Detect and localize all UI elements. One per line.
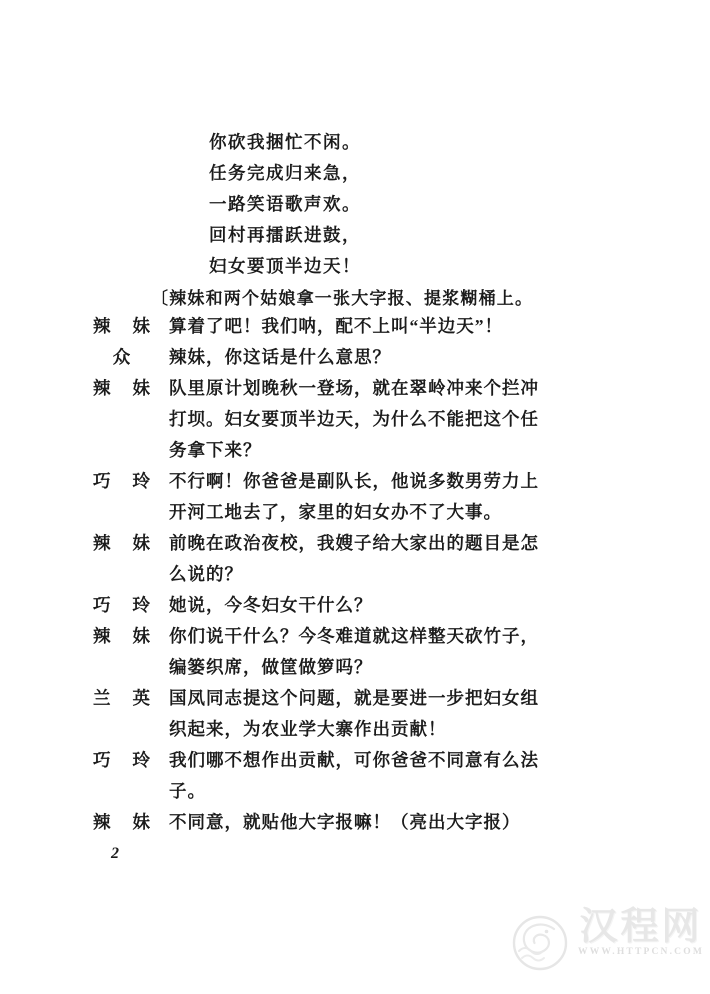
speaker-char: 巧 <box>93 745 111 776</box>
speaker-char: 妹 <box>133 311 151 342</box>
dialogue-text: 算着了吧！我们呐，配不上叫“半边天”！ <box>169 311 561 342</box>
speaker-char: 英 <box>133 683 151 714</box>
speaker-char: 妹 <box>133 528 151 559</box>
speaker-char: 玲 <box>133 745 151 776</box>
verse-block: 你砍我捆忙不闲。 任务完成归来急， 一路笑语歌声欢。 回村再擂跃进鼓， 妇女要顶… <box>209 127 361 282</box>
watermark-url: WWW.HTTPCN.COM <box>578 947 704 957</box>
dialogue-text: 辣妹，你这话是什么意思？ <box>169 342 561 373</box>
page-number: 2 <box>111 845 119 863</box>
dialogue-text: 你们说干什么？今冬难道就这样整天砍竹子， 编篓织席，做筐做箩吗？ <box>169 621 561 683</box>
dialogue-row: 辣 妹 不同意，就贴他大字报嘛！（亮出大字报） <box>93 807 561 838</box>
dialogue-text: 国凤同志提这个问题，就是要进一步把妇女组 织起来，为农业学大寨作出贡献！ <box>169 683 561 745</box>
dialogue-row: 兰 英 国凤同志提这个问题，就是要进一步把妇女组 织起来，为农业学大寨作出贡献！ <box>93 683 561 745</box>
verse-line: 妇女要顶半边天！ <box>209 251 361 282</box>
speaker-char: 辣 <box>93 807 111 838</box>
speaker-char: 辣 <box>93 311 111 342</box>
speaker-char: 玲 <box>133 590 151 621</box>
speaker-name: 辣 妹 <box>93 807 150 838</box>
watermark-text: 汉程网 WWW.HTTPCN.COM <box>578 909 704 957</box>
speaker-name: 辣 妹 <box>93 373 150 404</box>
speaker-name: 辣 妹 <box>93 311 150 342</box>
speaker-char: 辣 <box>93 373 111 404</box>
verse-line: 你砍我捆忙不闲。 <box>209 127 361 158</box>
speaker-name: 辣 妹 <box>93 621 150 652</box>
speaker-char: 妹 <box>133 621 151 652</box>
speaker-char: 巧 <box>93 590 111 621</box>
verse-line: 任务完成归来急， <box>209 158 361 189</box>
dialogue-row: 巧 玲 我们哪不想作出贡献，可你爸爸不同意有么法 子。 <box>93 745 561 807</box>
verse-line: 一路笑语歌声欢。 <box>209 189 361 220</box>
watermark: 汉程网 WWW.HTTPCN.COM <box>510 909 704 980</box>
dialogue-text: 不行啊！你爸爸是副队长，他说多数男劳力上 开河工地去了，家里的妇女办不了大事。 <box>169 466 561 528</box>
dialogue-text: 我们哪不想作出贡献，可你爸爸不同意有么法 子。 <box>169 745 561 807</box>
dialogue-text: 队里原计划晚秋一登场，就在翠岭冲来个拦冲 打坝。妇女要顶半边天，为什么不能把这个… <box>169 373 561 466</box>
dialogue-text: 前晚在政治夜校，我嫂子给大家出的题目是怎 么说的？ <box>169 528 561 590</box>
dialogue-row: 巧 玲 她说，今冬妇女干什么？ <box>93 590 561 621</box>
speaker-name: 巧 玲 <box>93 745 150 776</box>
watermark-site-name: 汉程网 <box>580 909 703 945</box>
speaker-char: 众 <box>113 342 131 373</box>
dialogue-row: 辣 妹 你们说干什么？今冬难道就这样整天砍竹子， 编篓织席，做筐做箩吗？ <box>93 621 561 683</box>
dialogue-text: 不同意，就贴他大字报嘛！（亮出大字报） <box>169 807 561 838</box>
dialogue-row: 巧 玲 不行啊！你爸爸是副队长，他说多数男劳力上 开河工地去了，家里的妇女办不了… <box>93 466 561 528</box>
dialogue-block: 辣 妹 算着了吧！我们呐，配不上叫“半边天”！ 众 辣妹，你这话是什么意思？ 辣… <box>93 311 561 838</box>
book-page: 你砍我捆忙不闲。 任务完成归来急， 一路笑语歌声欢。 回村再擂跃进鼓， 妇女要顶… <box>0 0 710 994</box>
dialogue-row: 辣 妹 算着了吧！我们呐，配不上叫“半边天”！ <box>93 311 561 342</box>
speaker-name: 众 <box>93 342 150 373</box>
speaker-name: 辣 妹 <box>93 528 150 559</box>
speaker-char: 妹 <box>133 373 151 404</box>
speaker-char: 辣 <box>93 528 111 559</box>
stage-direction: 〔辣妹和两个姑娘拿一张大字报、提浆糊桶上。 <box>151 283 533 314</box>
speaker-name: 巧 玲 <box>93 590 150 621</box>
speaker-char: 妹 <box>133 807 151 838</box>
speaker-char: 巧 <box>93 466 111 497</box>
dialogue-row: 众 辣妹，你这话是什么意思？ <box>93 342 561 373</box>
speaker-char: 玲 <box>133 466 151 497</box>
dialogue-row: 辣 妹 前晚在政治夜校，我嫂子给大家出的题目是怎 么说的？ <box>93 528 561 590</box>
speaker-char: 兰 <box>93 683 111 714</box>
verse-line: 回村再擂跃进鼓， <box>209 220 361 251</box>
hancheng-logo-icon <box>510 911 572 980</box>
dialogue-row: 辣 妹 队里原计划晚秋一登场，就在翠岭冲来个拦冲 打坝。妇女要顶半边天，为什么不… <box>93 373 561 466</box>
speaker-name: 兰 英 <box>93 683 150 714</box>
speaker-char: 辣 <box>93 621 111 652</box>
dialogue-text: 她说，今冬妇女干什么？ <box>169 590 561 621</box>
speaker-name: 巧 玲 <box>93 466 150 497</box>
